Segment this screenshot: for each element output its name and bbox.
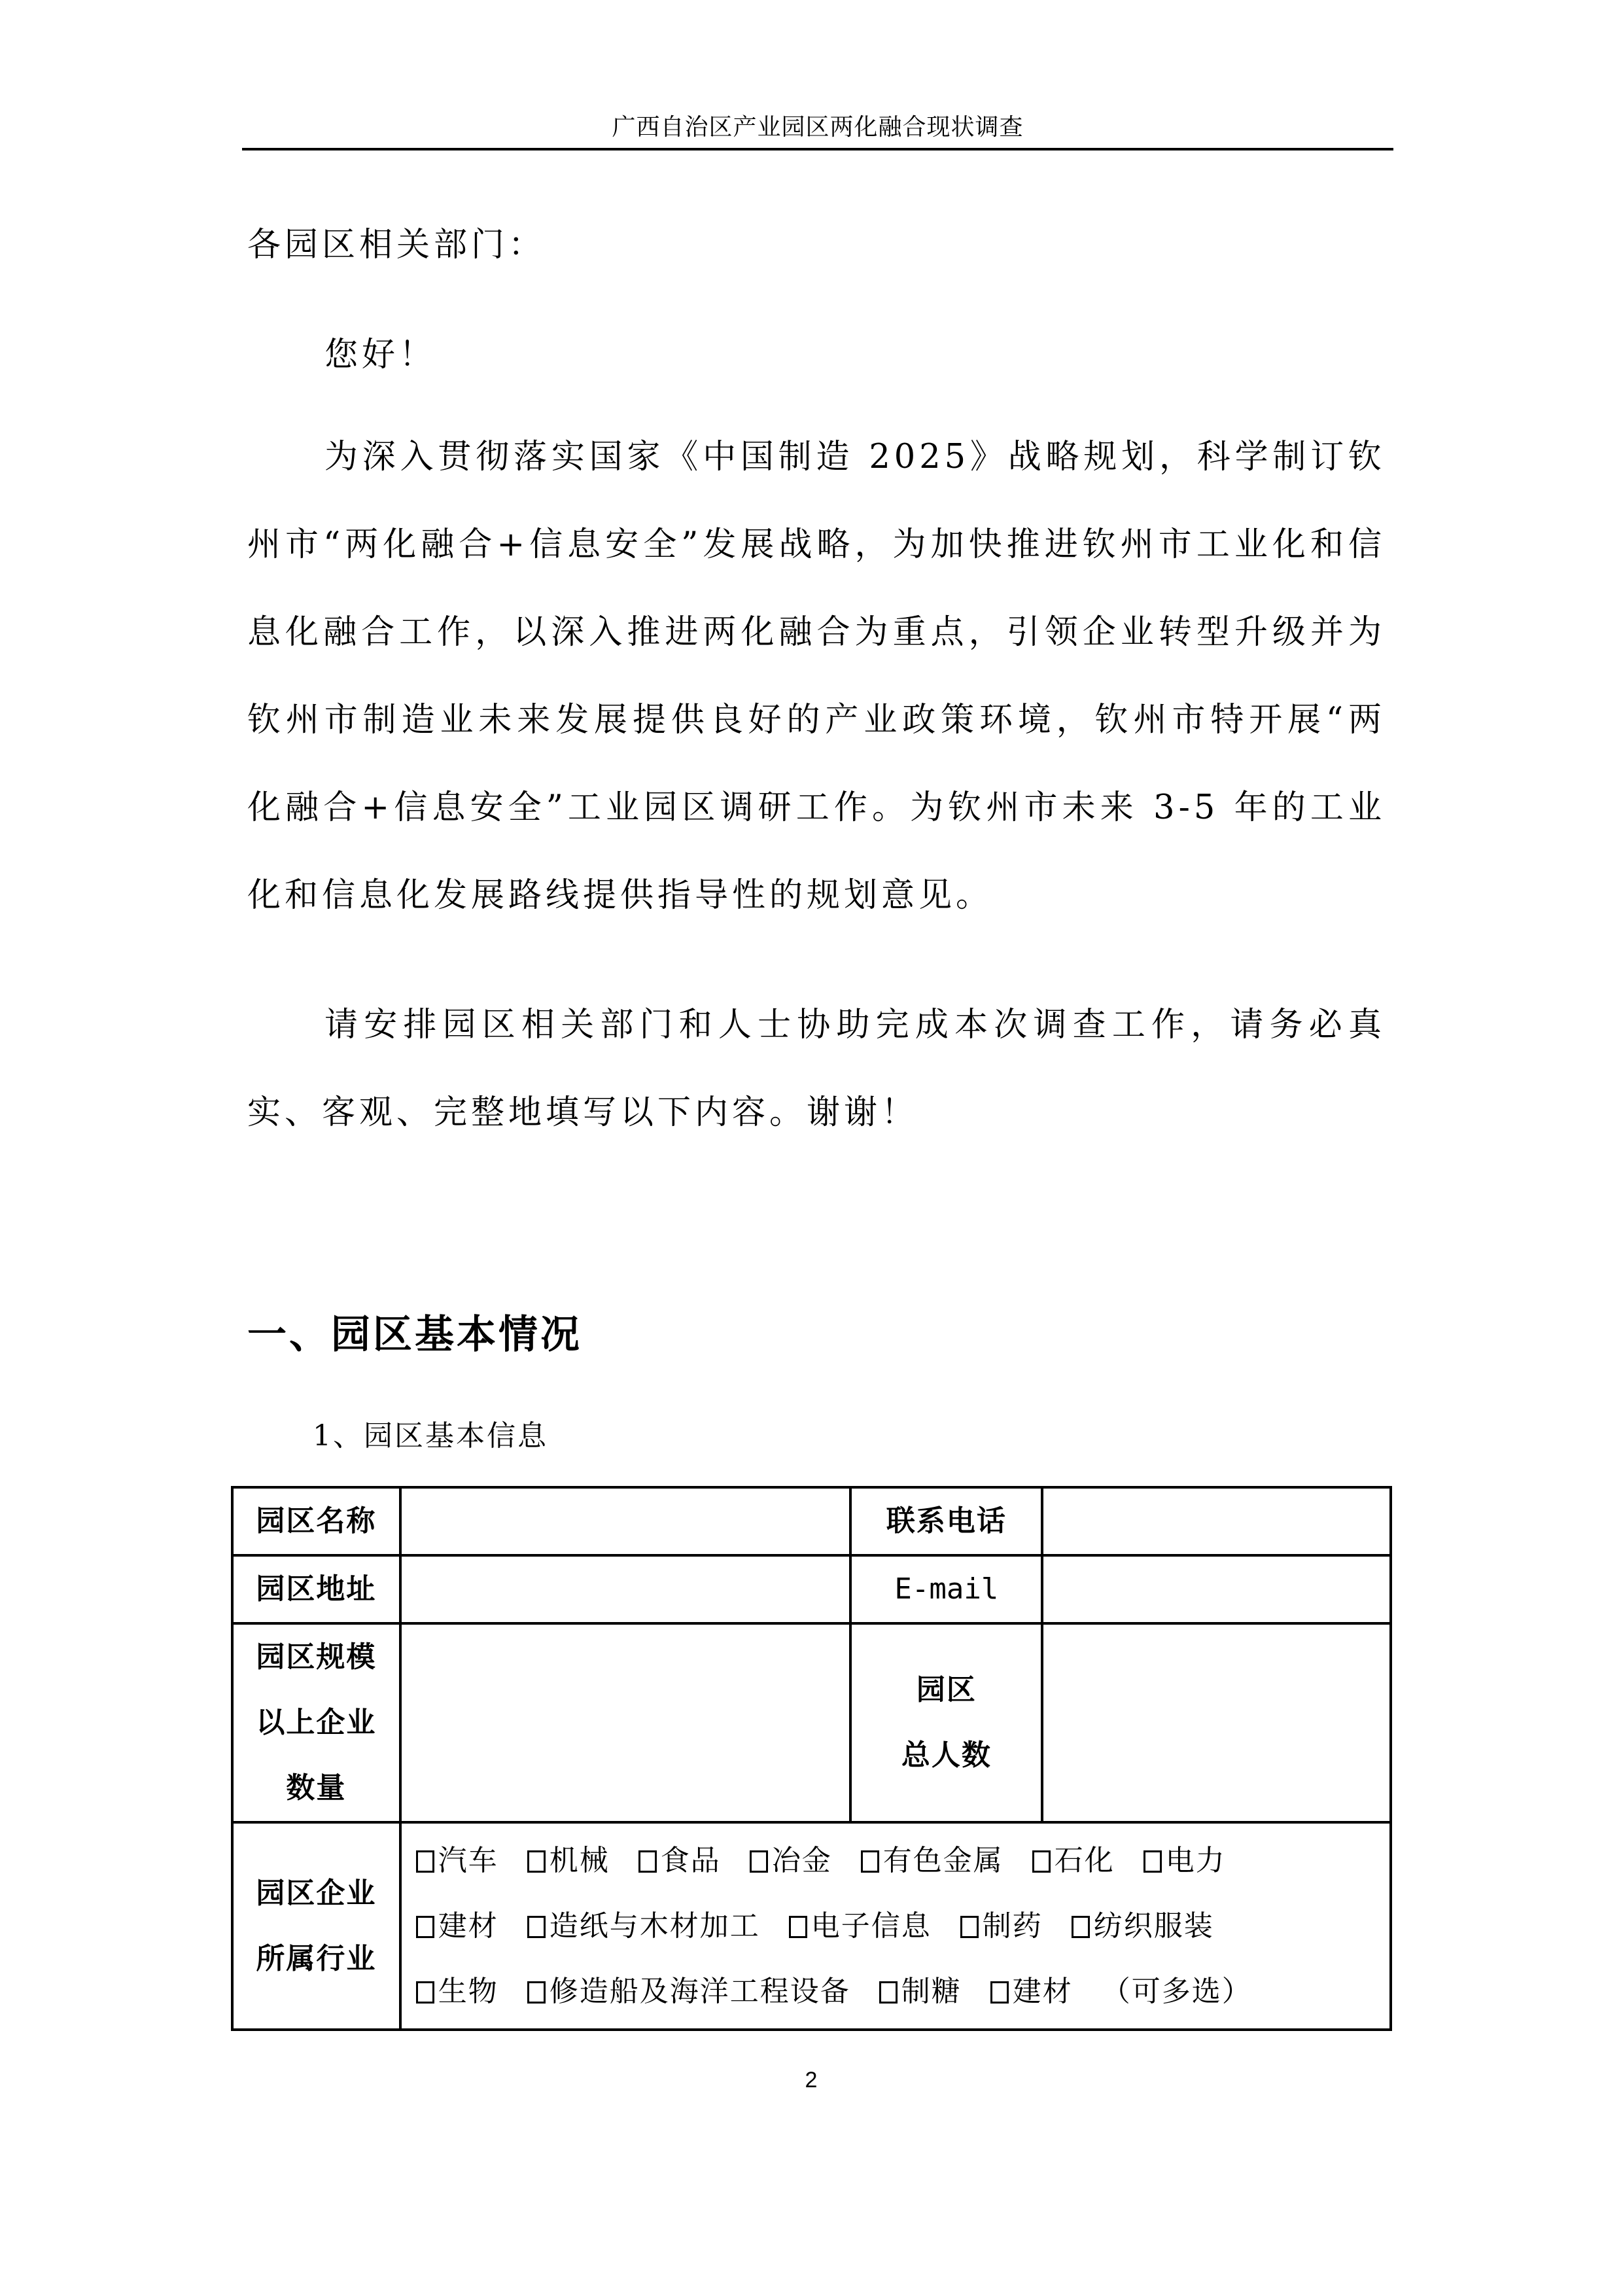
industry-option-machinery[interactable]: 机械 <box>527 1828 610 1894</box>
industry-option-auto[interactable]: 汽车 <box>416 1828 498 1894</box>
label-line: 数量 <box>234 1756 399 1821</box>
page-number: 2 <box>785 2068 837 2093</box>
option-label: 电力 <box>1166 1844 1226 1877</box>
checkbox-icon[interactable] <box>1072 1916 1090 1938</box>
sub-heading: 1、园区基本信息 <box>313 1413 548 1459</box>
checkbox-icon[interactable] <box>416 1850 434 1873</box>
total-staff-label: 园区 总人数 <box>850 1623 1042 1822</box>
address-field[interactable] <box>400 1555 851 1623</box>
checkbox-icon[interactable] <box>1143 1850 1162 1873</box>
header-rule <box>242 148 1393 150</box>
label-line: 园区规模 <box>234 1625 399 1690</box>
checkbox-icon[interactable] <box>960 1916 979 1938</box>
greeting: 您好！ <box>247 311 1386 399</box>
industry-option-sugar[interactable]: 制糖 <box>879 1959 962 2024</box>
table-row: 园区规模 以上企业 数量 园区 总人数 <box>232 1623 1391 1822</box>
option-label: 纺织服装 <box>1094 1909 1214 1943</box>
option-label: 机械 <box>550 1844 610 1877</box>
industry-option-bio[interactable]: 生物 <box>416 1959 498 2024</box>
label-line: 园区 <box>852 1657 1041 1723</box>
phone-label: 联系电话 <box>850 1487 1042 1555</box>
option-label: 生物 <box>438 1975 498 2008</box>
industry-option-metallurgy[interactable]: 冶金 <box>750 1828 832 1894</box>
phone-field[interactable] <box>1042 1487 1391 1555</box>
industry-option-textile[interactable]: 纺织服装 <box>1072 1894 1214 1959</box>
checkbox-icon[interactable] <box>861 1850 879 1873</box>
option-label: 制药 <box>983 1909 1043 1943</box>
industry-option-building-materials[interactable]: 建材 <box>416 1894 498 1959</box>
checkbox-icon[interactable] <box>789 1916 807 1938</box>
running-header: 广西自治区产业园区两化融合现状调查 <box>242 111 1393 144</box>
table-row: 园区名称 联系电话 <box>232 1487 1391 1555</box>
industry-option-pharma[interactable]: 制药 <box>960 1894 1043 1959</box>
checkbox-icon[interactable] <box>416 1981 434 2004</box>
option-label: 造纸与木材加工 <box>550 1909 760 1943</box>
industry-option-petrochem[interactable]: 石化 <box>1032 1828 1115 1894</box>
multi-select-note: （可多选） <box>1102 1959 1252 2024</box>
email-field[interactable] <box>1042 1555 1391 1623</box>
park-name-label: 园区名称 <box>232 1487 400 1555</box>
option-label: 修造船及海洋工程设备 <box>550 1975 850 2008</box>
option-label: 有色金属 <box>883 1844 1003 1877</box>
industry-options: 汽车机械食品冶金有色金属石化电力 建材造纸与木材加工电子信息制药纺织服装 生物修… <box>400 1822 1391 2030</box>
option-label: 电子信息 <box>811 1909 932 1943</box>
table-row: 园区企业 所属行业 汽车机械食品冶金有色金属石化电力 建材造纸与木材加工电子信息… <box>232 1822 1391 2030</box>
address-label: 园区地址 <box>232 1555 400 1623</box>
checkbox-icon[interactable] <box>638 1850 657 1873</box>
option-label: 汽车 <box>438 1844 498 1877</box>
enterprise-count-field[interactable] <box>400 1623 851 1822</box>
option-label: 石化 <box>1055 1844 1115 1877</box>
table-row: 园区地址 E-mail <box>232 1555 1391 1623</box>
email-label: E-mail <box>850 1555 1042 1623</box>
industry-option-electronics[interactable]: 电子信息 <box>789 1894 932 1959</box>
industry-option-food[interactable]: 食品 <box>638 1828 721 1894</box>
checkbox-icon[interactable] <box>527 1850 546 1873</box>
label-line: 以上企业 <box>234 1690 399 1756</box>
industry-label: 园区企业 所属行业 <box>232 1822 400 2030</box>
option-label: 建材 <box>438 1909 498 1943</box>
option-row: 汽车机械食品冶金有色金属石化电力 <box>416 1828 1389 1894</box>
request-paragraph: 请安排园区相关部门和人士协助完成本次调查工作，请务必真实、客观、完整地填写以下内… <box>247 981 1386 1157</box>
total-staff-field[interactable] <box>1042 1623 1391 1822</box>
park-name-field[interactable] <box>400 1487 851 1555</box>
option-row: 生物修造船及海洋工程设备制糖建材（可多选） <box>416 1959 1389 2024</box>
industry-option-shipbuilding[interactable]: 修造船及海洋工程设备 <box>527 1959 850 2024</box>
checkbox-icon[interactable] <box>416 1916 434 1938</box>
industry-option-power[interactable]: 电力 <box>1143 1828 1226 1894</box>
checkbox-icon[interactable] <box>527 1916 546 1938</box>
intro-paragraph: 为深入贯彻落实国家《中国制造 2025》战略规划，科学制订钦州市“两化融合+信息… <box>247 414 1386 940</box>
label-line: 园区企业 <box>234 1861 399 1926</box>
option-label: 食品 <box>661 1844 721 1877</box>
label-line: 所属行业 <box>234 1926 399 1992</box>
checkbox-icon[interactable] <box>1032 1850 1051 1873</box>
salutation: 各园区相关部门： <box>247 202 1386 289</box>
industry-option-nonferrous[interactable]: 有色金属 <box>861 1828 1003 1894</box>
enterprise-count-label: 园区规模 以上企业 数量 <box>232 1623 400 1822</box>
park-info-table: 园区名称 联系电话 园区地址 E-mail 园区规模 以上企业 数量 园区 总人… <box>231 1486 1392 2031</box>
checkbox-icon[interactable] <box>990 1981 1009 2004</box>
option-label: 冶金 <box>772 1844 832 1877</box>
checkbox-icon[interactable] <box>527 1981 546 2004</box>
label-line: 总人数 <box>852 1723 1041 1788</box>
checkbox-icon[interactable] <box>750 1850 768 1873</box>
option-row: 建材造纸与木材加工电子信息制药纺织服装 <box>416 1894 1389 1959</box>
section-heading: 一、园区基本情况 <box>247 1305 582 1364</box>
checkbox-icon[interactable] <box>879 1981 898 2004</box>
industry-option-paper-wood[interactable]: 造纸与木材加工 <box>527 1894 760 1959</box>
option-label: 制糖 <box>901 1975 962 2008</box>
industry-option-building-materials-2[interactable]: 建材 <box>990 1959 1073 2024</box>
option-label: 建材 <box>1013 1975 1073 2008</box>
